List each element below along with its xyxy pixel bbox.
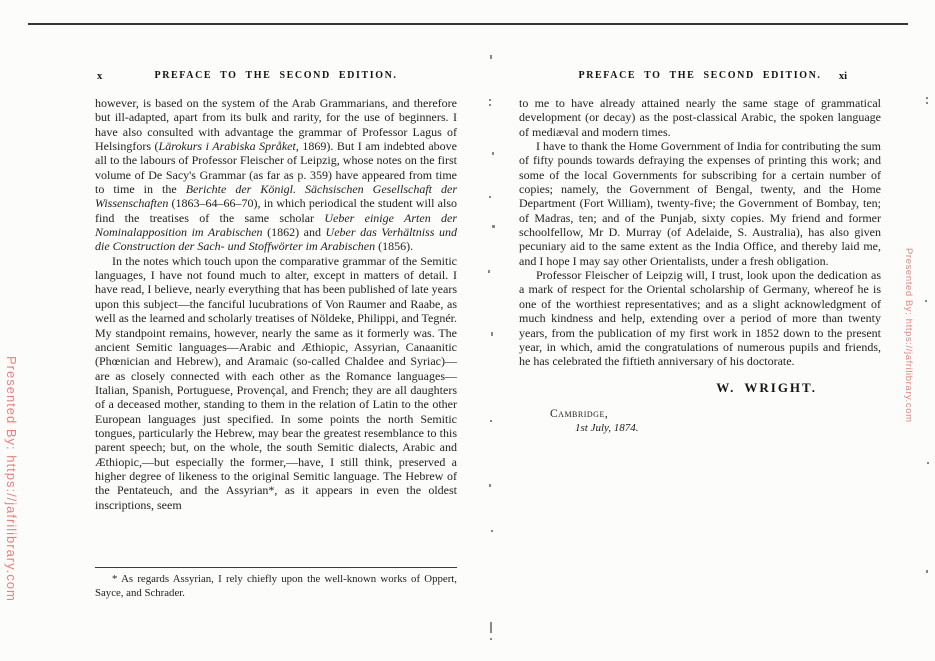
- running-head-left: x PREFACE TO THE SECOND EDITION.: [95, 70, 457, 84]
- page-body-right: to me to have already attained nearly th…: [519, 96, 881, 369]
- scan-speck: [926, 570, 928, 573]
- scan-speck: [926, 97, 928, 99]
- scan-speck: [488, 270, 490, 273]
- scan-speck: [492, 152, 494, 155]
- scan-speck: [491, 332, 493, 336]
- scan-speck: [925, 300, 927, 302]
- footnote-text: * As regards Assyrian, I rely chiefly up…: [95, 573, 457, 601]
- footnote-block: * As regards Assyrian, I rely chiefly up…: [95, 567, 457, 601]
- page-left: x PREFACE TO THE SECOND EDITION. however…: [95, 70, 457, 615]
- paragraph: I have to thank the Home Government of I…: [519, 139, 881, 268]
- scan-speck: [490, 622, 492, 633]
- running-title-right: PREFACE TO THE SECOND EDITION.: [578, 70, 821, 81]
- watermark-left: Presented By: https://jafrilibrary.com: [4, 356, 19, 602]
- scan-speck: [492, 225, 495, 228]
- running-head-right: PREFACE TO THE SECOND EDITION. xi: [519, 70, 881, 84]
- author-signature: W. WRIGHT.: [519, 380, 881, 396]
- footnote-rule: [95, 567, 457, 568]
- running-title-left: PREFACE TO THE SECOND EDITION.: [154, 70, 397, 81]
- paragraph: to me to have already attained nearly th…: [519, 96, 881, 139]
- scan-speck: [490, 420, 492, 422]
- paragraph: In the notes which touch upon the compar…: [95, 254, 457, 512]
- page-right: PREFACE TO THE SECOND EDITION. xi to me …: [519, 70, 881, 434]
- scan-speck: [489, 104, 491, 106]
- paragraph: however, is based on the system of the A…: [95, 96, 457, 254]
- scan-speck: [491, 530, 493, 532]
- scan-speck: [489, 99, 491, 101]
- scan-speck: [489, 484, 491, 487]
- scan-speck: [927, 462, 929, 464]
- scan-speck: [490, 55, 492, 59]
- date-line: 1st July, 1874.: [575, 422, 881, 434]
- scan-speck: [490, 638, 492, 640]
- paragraph: Professor Fleischer of Leipzig will, I t…: [519, 268, 881, 368]
- scan-speck: [926, 102, 928, 104]
- watermark-right: Presented By: https://jafrilibrary.com: [903, 248, 914, 423]
- page-body-left: however, is based on the system of the A…: [95, 96, 457, 512]
- place-date-block: Cambridge, 1st July, 1874.: [519, 408, 881, 434]
- top-scan-rule: [28, 23, 908, 25]
- scan-speck: [489, 196, 491, 198]
- page-number-left: x: [97, 71, 102, 82]
- place-line: Cambridge,: [550, 408, 881, 420]
- page-number-right: xi: [839, 71, 847, 82]
